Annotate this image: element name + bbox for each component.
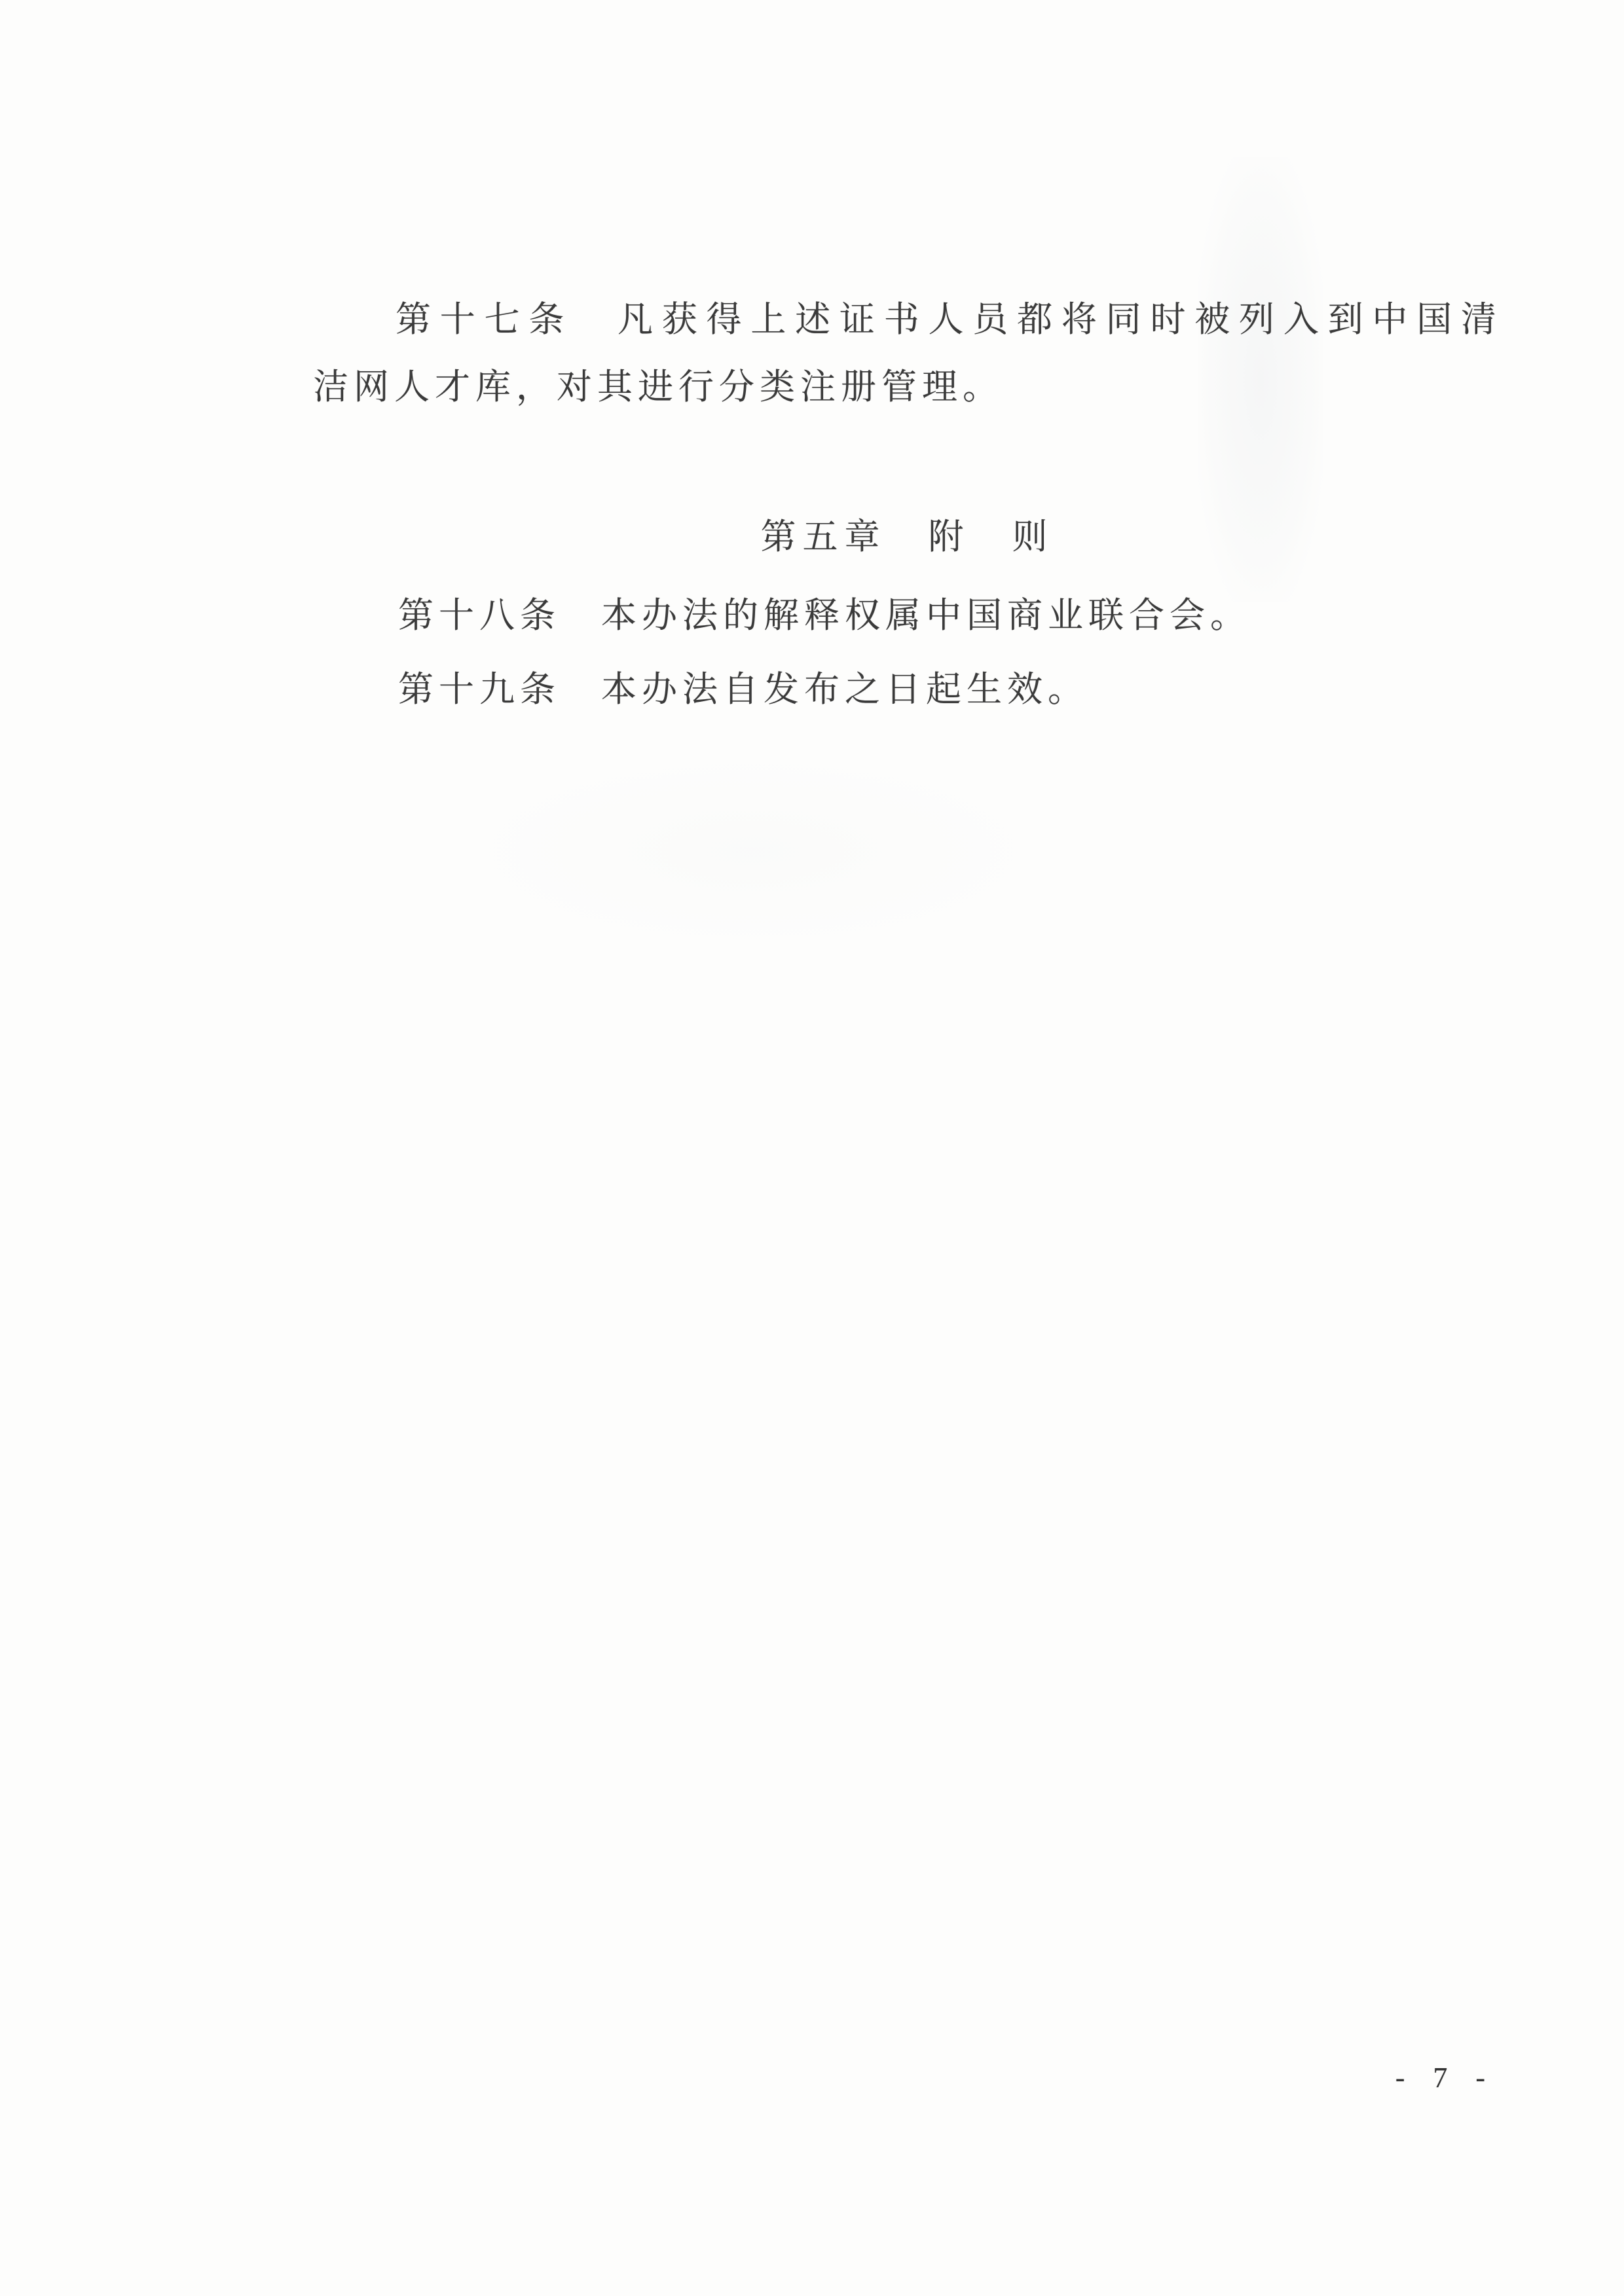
article17-line1: 第十七条 凡获得上述证书人员都将同时被列入到中国清 (313, 299, 1502, 340)
document-page: 第十七条 凡获得上述证书人员都将同时被列入到中国清 洁网人才库，对其进行分类注册… (0, 0, 1624, 2296)
scan-artifact (458, 753, 1048, 949)
page-number: - 7 - (1395, 2061, 1496, 2094)
article17-line2: 洁网人才库，对其进行分类注册管理。 (313, 367, 1003, 407)
chapter5-heading: 第五章 附 则 (313, 517, 1502, 557)
article18-line: 第十八条 本办法的解释权属中国商业联合会。 (398, 595, 1251, 636)
article19-line: 第十九条 本办法自发布之日起生效。 (398, 669, 1088, 710)
